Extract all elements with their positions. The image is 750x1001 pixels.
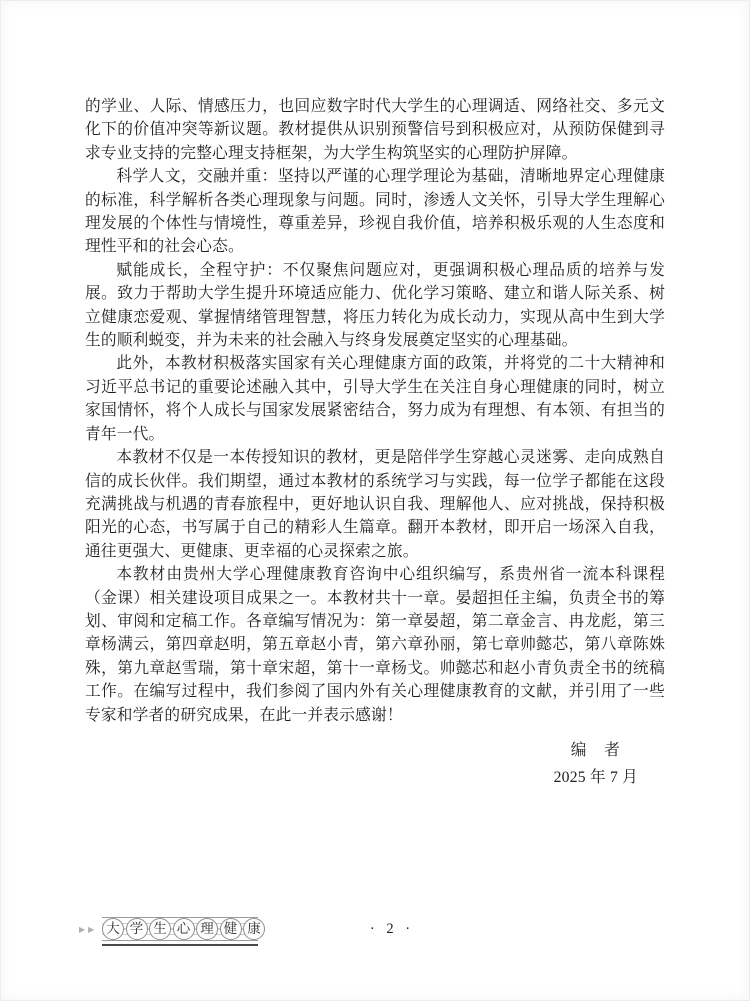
paragraph-companion: 本教材不仅是一本传授知识的教材，更是陪伴学生穿越心灵迷雾、走向成熟自信的成长伙伴… — [85, 446, 665, 563]
author-signature: 编 者 — [554, 739, 638, 762]
preface-body: 的学业、人际、情感压力，也回应数字时代大学生的心理调适、网络社交、多元文化下的价… — [85, 95, 665, 789]
page-footer: ▶▶ 大 学 生 心 理 健 康 · 2 · — [0, 916, 750, 950]
paragraph-empower-growth: 赋能成长，全程守护：不仅聚焦问题应对，更强调积极心理品质的培养与发展。致力于帮助… — [85, 259, 665, 353]
signature-date: 2025 年 7 月 — [554, 766, 638, 789]
signature-inner: 编 者 2025 年 7 月 — [554, 739, 638, 789]
footer-rule — [102, 944, 258, 946]
signature-block: 编 者 2025 年 7 月 — [85, 739, 665, 789]
page-number: · 2 · — [17, 921, 750, 938]
paragraph-credits: 本教材由贵州大学心理健康教育咨询中心组织编写，系贵州省一流本科课程（金课）相关建… — [85, 563, 665, 727]
paragraph-policy: 此外，本教材积极落实国家有关心理健康方面的政策，并将党的二十大精神和习近平总书记… — [85, 352, 665, 446]
paragraph-science-humanities: 科学人文，交融并重：坚持以严谨的心理学理论为基础，清晰地界定心理健康的标准，科学… — [85, 165, 665, 259]
paragraph-continuation: 的学业、人际、情感压力，也回应数字时代大学生的心理调适、网络社交、多元文化下的价… — [85, 95, 665, 165]
book-page: 的学业、人际、情感压力，也回应数字时代大学生的心理调适、网络社交、多元文化下的价… — [0, 0, 750, 1001]
